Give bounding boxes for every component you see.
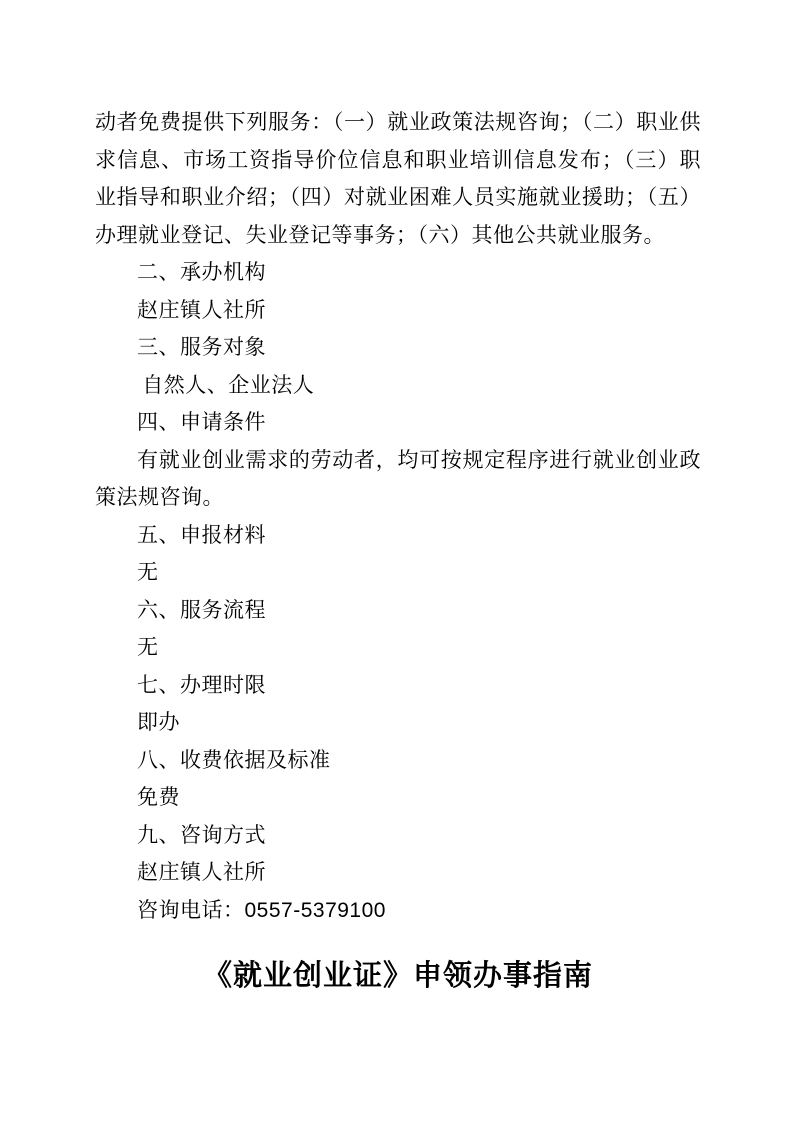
section-heading-application-materials: 五、申报材料: [95, 517, 701, 555]
section-heading-organization: 二、承办机构: [95, 254, 701, 292]
intro-paragraph: 动者免费提供下列服务：（一）就业政策法规咨询；（二）职业供求信息、市场工资指导价…: [95, 104, 701, 254]
section-heading-consultation-method: 九、咨询方式: [95, 817, 701, 855]
consultation-phone-line: 咨询电话：0557-5379100: [95, 892, 701, 930]
next-guide-title: 《就业创业证》申领办事指南: [95, 954, 701, 998]
section-heading-fee-basis: 八、收费依据及标准: [95, 742, 701, 780]
section-body-fee-basis: 免费: [95, 779, 701, 817]
section-body-organization: 赵庄镇人社所: [95, 292, 701, 330]
section-heading-application-conditions: 四、申请条件: [95, 404, 701, 442]
document-content: 动者免费提供下列服务：（一）就业政策法规咨询；（二）职业供求信息、市场工资指导价…: [95, 104, 701, 998]
section-heading-service-target: 三、服务对象: [95, 329, 701, 367]
section-body-processing-time: 即办: [95, 704, 701, 742]
section-body-service-target: 自然人、企业法人: [95, 367, 701, 405]
section-body-application-conditions: 有就业创业需求的劳动者，均可按规定程序进行就业创业政策法规咨询。: [95, 442, 701, 517]
section-body-service-process: 无: [95, 629, 701, 667]
section-heading-processing-time: 七、办理时限: [95, 667, 701, 705]
document-page: 动者免费提供下列服务：（一）就业政策法规咨询；（二）职业供求信息、市场工资指导价…: [0, 0, 793, 1122]
section-body-application-materials: 无: [95, 554, 701, 592]
section-body-consultation-office: 赵庄镇人社所: [95, 854, 701, 892]
section-heading-service-process: 六、服务流程: [95, 592, 701, 630]
